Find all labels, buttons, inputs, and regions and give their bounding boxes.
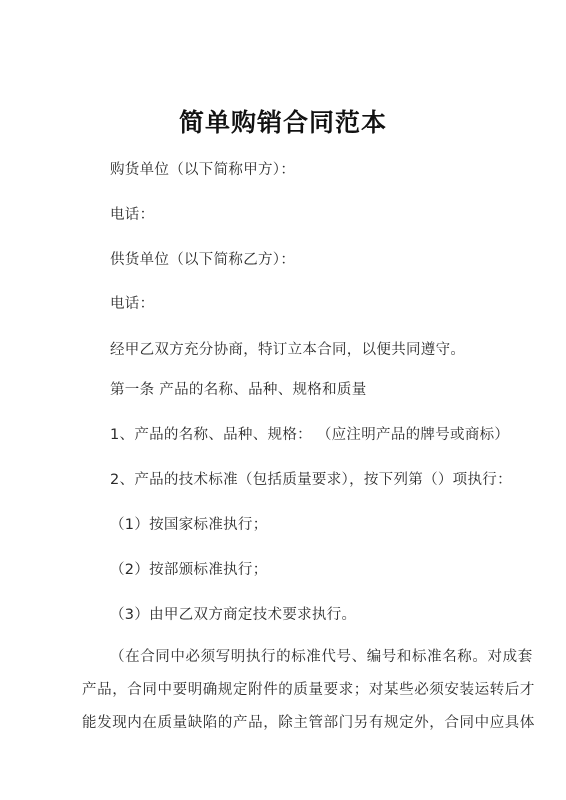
note-text-1: （在合同中必须写明执行的标准代号、编号和标准名称。对成套 xyxy=(110,649,533,665)
buyer-phone-line: 电话： xyxy=(110,203,154,224)
note-text-3: 能发现内在质量缺陷的产品，除主管部门另有规定外，合同中应具体 xyxy=(82,715,535,731)
buyer-unit-line: 购货单位（以下简称甲方）： xyxy=(110,158,295,179)
option-2-line: （2）按部颁标准执行； xyxy=(110,558,268,579)
clause-2-line: 2、产品的技术标准（包括质量要求），按下列第（）项执行： xyxy=(110,468,512,489)
clause-1-line: 1、产品的名称、品种、规格： （应注明产品的牌号或商标） xyxy=(110,423,509,444)
note-paragraph-line: 产品，合同中要明确规定附件的质量要求；对某些必须安装运转后才 xyxy=(82,674,492,707)
supplier-unit-line: 供货单位（以下简称乙方）： xyxy=(110,248,295,269)
note-text-2: 产品，合同中要明确规定附件的质量要求；对某些必须安装运转后才 xyxy=(82,682,535,698)
supplier-phone-line: 电话： xyxy=(110,292,154,313)
note-paragraph: （在合同中必须写明执行的标准代号、编号和标准名称。对成套 产品，合同中要明确规定… xyxy=(82,641,492,740)
note-paragraph-line: 能发现内在质量缺陷的产品，除主管部门另有规定外，合同中应具体 xyxy=(82,707,492,740)
article-one-heading: 第一条 产品的名称、品种、规格和质量 xyxy=(110,378,367,399)
document-title: 简单购销合同范本 xyxy=(0,103,566,139)
note-paragraph-line: （在合同中必须写明执行的标准代号、编号和标准名称。对成套 xyxy=(82,641,492,674)
option-3-line: （3）由甲乙双方商定技术要求执行。 xyxy=(110,603,356,624)
document-page: 简单购销合同范本 购货单位（以下简称甲方）： 电话： 供货单位（以下简称乙方）：… xyxy=(0,0,566,800)
agreement-statement: 经甲乙双方充分协商，特订立本合同，以便共同遵守。 xyxy=(110,338,465,359)
option-1-line: （1）按国家标准执行； xyxy=(110,513,268,534)
